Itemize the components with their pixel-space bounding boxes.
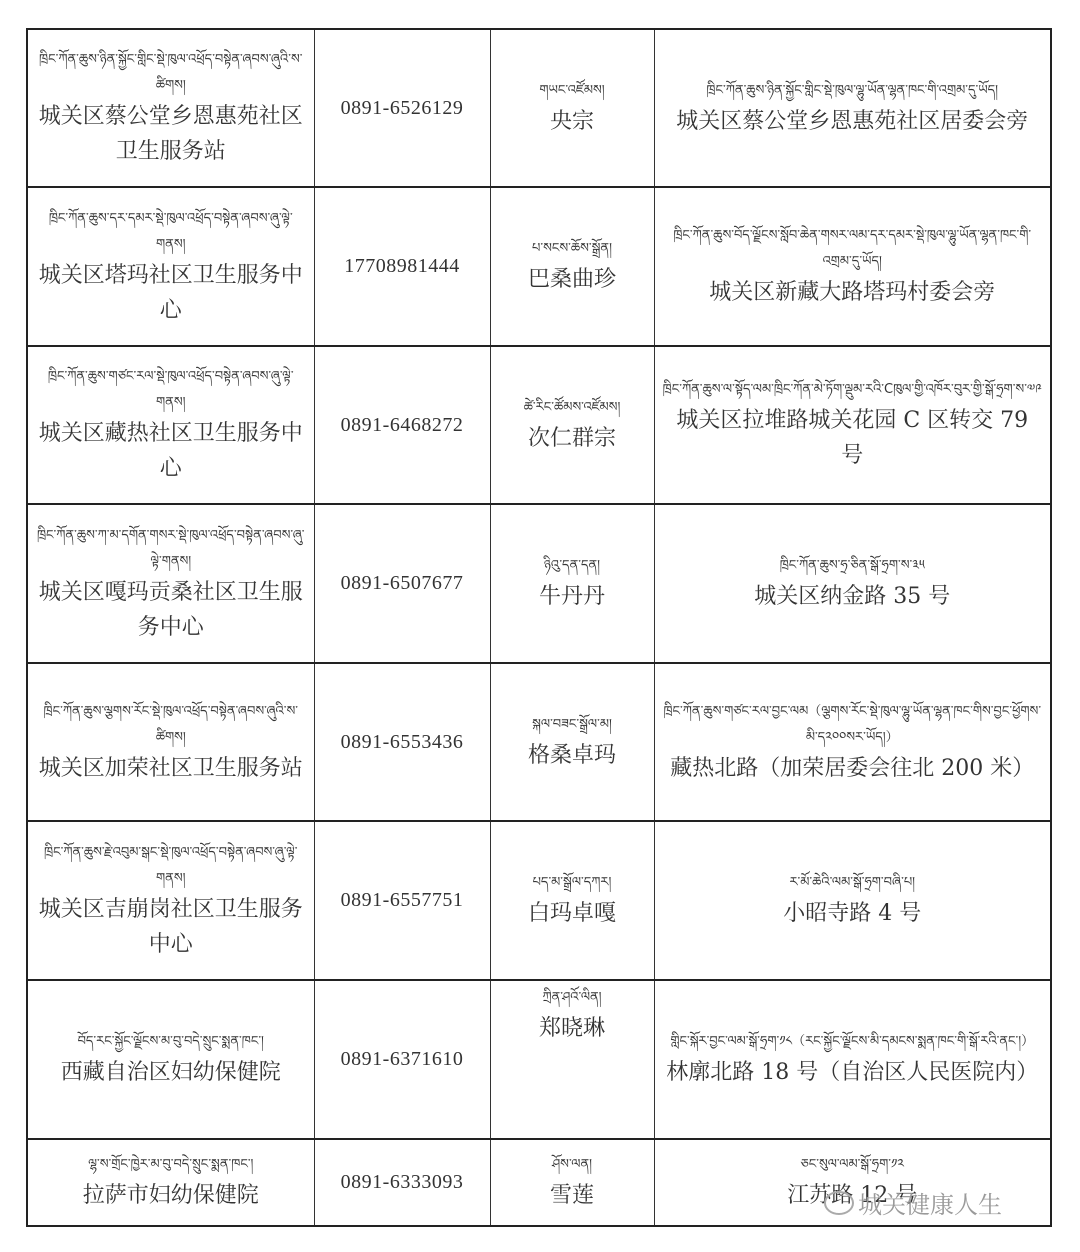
phone-cell: 0891-6526129 bbox=[314, 29, 490, 187]
address-tibetan: ར་མོ་ཆེའི་ལམ་སྒོ་ཧྲག་བཞི་པ། bbox=[663, 870, 1043, 896]
table-row: བོད་རང་སྐྱོང་ལྗོངས་མ་བུ་བདེ་སྲུང་སྨན་ཁང་… bbox=[27, 980, 1051, 1139]
unit-cell: ཁྲིང་ཀོན་ཆུས་ཀ་མ་དགོན་གསར་སྡེ་ཁུལ་འཕྲོད་… bbox=[27, 504, 314, 663]
address-cell: ཁྲིང་ཀོན་ཆུས་ཧྲ་ཅིན་སྒོ་ཧྲག་ས་༣༥ 城关区纳金路 … bbox=[654, 504, 1051, 663]
address-tibetan: ཁྲིང་ཀོན་ཆུས་ཧྲ་ཅིན་སྒོ་ཧྲག་ས་༣༥ bbox=[663, 553, 1043, 579]
contact-tibetan: སྐལ་བཟང་སྒྲོལ་མ། bbox=[499, 712, 646, 738]
address-chinese: 城关区新藏大路塔玛村委会旁 bbox=[663, 275, 1043, 310]
unit-chinese: 城关区藏热社区卫生服务中心 bbox=[36, 416, 306, 486]
unit-tibetan: ཁྲིང་ཀོན་ཆུས་དར་དམར་སྡེ་ཁུལ་འཕྲོད་བསྟེན་… bbox=[36, 206, 306, 258]
phone-number: 17708981444 bbox=[344, 255, 460, 277]
unit-tibetan: ཁྲིང་ཀོན་ཆུས་ཉིན་སྐྱོང་གླིང་སྡེ་ཁུལ་འཕྲོ… bbox=[36, 47, 306, 99]
address-chinese: 林廓北路 18 号（自治区人民医院内） bbox=[663, 1055, 1043, 1090]
contact-cell: ཉིའུ་དན་དན། 牛丹丹 bbox=[490, 504, 654, 663]
unit-chinese: 城关区吉崩岗社区卫生服务中心 bbox=[36, 892, 306, 962]
unit-tibetan: ཁྲིང་ཀོན་ཆུས་རྗེ་འབུམ་སྒང་སྡེ་ཁུལ་འཕྲོད་… bbox=[36, 840, 306, 892]
unit-cell: ལྷ་ས་གྲོང་ཁྱེར་མ་བུ་བདེ་སྲུང་སྨན་ཁང་། 拉萨… bbox=[27, 1139, 314, 1226]
unit-chinese: 西藏自治区妇幼保健院 bbox=[36, 1055, 306, 1090]
phone-cell: 0891-6371610 bbox=[314, 980, 490, 1139]
unit-chinese: 城关区嘎玛贡桑社区卫生服务中心 bbox=[36, 575, 306, 645]
unit-cell: ཁྲིང་ཀོན་ཆུས་ཉིན་སྐྱོང་གླིང་སྡེ་ཁུལ་འཕྲོ… bbox=[27, 29, 314, 187]
watermark: 城关健康人生 bbox=[824, 1185, 1002, 1220]
address-cell: ཁྲིང་ཀོན་ཆུས་བོད་ལྗོངས་སློབ་ཆེན་གསར་ལམ་ད… bbox=[654, 187, 1051, 346]
phone-cell: 0891-6333093 bbox=[314, 1139, 490, 1226]
table-row: ཁྲིང་ཀོན་ཆུས་དར་དམར་སྡེ་ཁུལ་འཕྲོད་བསྟེན་… bbox=[27, 187, 1051, 346]
table-row: ཁྲིང་ཀོན་ཆུས་རྗེ་འབུམ་སྒང་སྡེ་ཁུལ་འཕྲོད་… bbox=[27, 821, 1051, 980]
contact-tibetan: པ་སངས་ཆོས་སྒྲོན། bbox=[499, 236, 646, 262]
phone-number: 0891-6553436 bbox=[341, 731, 464, 753]
phone-number: 0891-6371610 bbox=[341, 1048, 464, 1070]
table-row: ཁྲིང་ཀོན་ཆུས་གཙང་རལ་སྡེ་ཁུལ་འཕྲོད་བསྟེན་… bbox=[27, 346, 1051, 504]
address-tibetan: ཁྲིང་ཀོན་ཆུས་ཉིན་སྐྱོང་གླིང་སྡེ་ཁུལ་ལྷུ་… bbox=[663, 78, 1043, 104]
contact-chinese: 郑晓琳 bbox=[499, 1011, 646, 1046]
address-cell: གླིང་སྐོར་བྱང་ལམ་སྒོ་ཧྲག་༡༨（རང་སྐྱོང་ལྗོ… bbox=[654, 980, 1051, 1139]
phone-number: 0891-6557751 bbox=[341, 889, 464, 911]
contact-cell: སྐལ་བཟང་སྒྲོལ་མ། 格桑卓玛 bbox=[490, 663, 654, 821]
phone-number: 0891-6333093 bbox=[341, 1171, 464, 1193]
contact-cell: པད་མ་སྒྲོལ་དཀར། 白玛卓嘎 bbox=[490, 821, 654, 980]
unit-cell: ཁྲིང་ཀོན་ཆུས་གཙང་རལ་སྡེ་ཁུལ་འཕྲོད་བསྟེན་… bbox=[27, 346, 314, 504]
wechat-icon bbox=[824, 1191, 854, 1215]
contact-chinese: 白玛卓嘎 bbox=[499, 896, 646, 931]
contact-tibetan: ཀྲིན་ཤའོ་ལིན། bbox=[499, 985, 646, 1011]
contact-cell: ཚེ་རིང་ཚོམས་འཛོམས། 次仁群宗 bbox=[490, 346, 654, 504]
phone-number: 0891-6468272 bbox=[341, 414, 464, 436]
unit-cell: ཁྲིང་ཀོན་ཆུས་དར་དམར་སྡེ་ཁུལ་འཕྲོད་བསྟེན་… bbox=[27, 187, 314, 346]
contact-tibetan: ཉིའུ་དན་དན། bbox=[499, 553, 646, 579]
address-chinese: 小昭寺路 4 号 bbox=[663, 896, 1043, 931]
phone-number: 0891-6526129 bbox=[341, 97, 464, 119]
contact-chinese: 巴桑曲珍 bbox=[499, 262, 646, 297]
phone-number: 0891-6507677 bbox=[341, 572, 464, 594]
phone-cell: 0891-6468272 bbox=[314, 346, 490, 504]
address-cell: ཁྲིང་ཀོན་ཆུས་ལ་སྟོད་ལམ་ཁྲིང་ཀོན་མེ་ཏོག་ལ… bbox=[654, 346, 1051, 504]
unit-chinese: 城关区蔡公堂乡恩惠苑社区卫生服务站 bbox=[36, 99, 306, 169]
address-chinese: 城关区拉堆路城关花园 C 区转交 79 号 bbox=[663, 403, 1043, 473]
table-row: ཁྲིང་ཀོན་ཆུས་ལྕགས་རོང་སྡེ་ཁུལ་འཕྲོད་བསྟེ… bbox=[27, 663, 1051, 821]
address-tibetan: ཁྲིང་ཀོན་ཆུས་གཙང་རལ་བྱང་ལམ（ལྕགས་རོང་སྡེ་… bbox=[663, 699, 1043, 751]
address-cell: ཁྲིང་ཀོན་ཆུས་གཙང་རལ་བྱང་ལམ（ལྕགས་རོང་སྡེ་… bbox=[654, 663, 1051, 821]
contact-tibetan: ཚེ་རིང་ཚོམས་འཛོམས། bbox=[499, 395, 646, 421]
phone-cell: 17708981444 bbox=[314, 187, 490, 346]
address-chinese: 城关区纳金路 35 号 bbox=[663, 579, 1043, 614]
unit-tibetan: ལྷ་ས་གྲོང་ཁྱེར་མ་བུ་བདེ་སྲུང་སྨན་ཁང་། bbox=[36, 1152, 306, 1178]
contact-chinese: 雪莲 bbox=[499, 1178, 646, 1213]
watermark-text: 城关健康人生 bbox=[858, 1185, 1002, 1220]
contact-chinese: 格桑卓玛 bbox=[499, 738, 646, 773]
contact-chinese: 次仁群宗 bbox=[499, 421, 646, 456]
address-chinese: 城关区蔡公堂乡恩惠苑社区居委会旁 bbox=[663, 104, 1043, 139]
contact-cell: ཀྲིན་ཤའོ་ལིན། 郑晓琳 bbox=[490, 980, 654, 1139]
phone-cell: 0891-6507677 bbox=[314, 504, 490, 663]
unit-chinese: 城关区塔玛社区卫生服务中心 bbox=[36, 258, 306, 328]
phone-cell: 0891-6557751 bbox=[314, 821, 490, 980]
unit-tibetan: ཁྲིང་ཀོན་ཆུས་ཀ་མ་དགོན་གསར་སྡེ་ཁུལ་འཕྲོད་… bbox=[36, 523, 306, 575]
address-tibetan: ཁྲིང་ཀོན་ཆུས་ལ་སྟོད་ལམ་ཁྲིང་ཀོན་མེ་ཏོག་ལ… bbox=[663, 377, 1043, 403]
contact-chinese: 央宗 bbox=[499, 104, 646, 139]
unit-tibetan: ཁྲིང་ཀོན་ཆུས་ལྕགས་རོང་སྡེ་ཁུལ་འཕྲོད་བསྟེ… bbox=[36, 699, 306, 751]
unit-cell: ཁྲིང་ཀོན་ཆུས་རྗེ་འབུམ་སྒང་སྡེ་ཁུལ་འཕྲོད་… bbox=[27, 821, 314, 980]
contact-cell: ཤོས་ལན། 雪莲 bbox=[490, 1139, 654, 1226]
contact-tibetan: ཤོས་ལན། bbox=[499, 1152, 646, 1178]
contact-cell: པ་སངས་ཆོས་སྒྲོན། 巴桑曲珍 bbox=[490, 187, 654, 346]
contacts-table: ཁྲིང་ཀོན་ཆུས་ཉིན་སྐྱོང་གླིང་སྡེ་ཁུལ་འཕྲོ… bbox=[26, 28, 1052, 1227]
unit-cell: ཁྲིང་ཀོན་ཆུས་ལྕགས་རོང་སྡེ་ཁུལ་འཕྲོད་བསྟེ… bbox=[27, 663, 314, 821]
address-cell: ར་མོ་ཆེའི་ལམ་སྒོ་ཧྲག་བཞི་པ། 小昭寺路 4 号 bbox=[654, 821, 1051, 980]
address-cell: ཁྲིང་ཀོན་ཆུས་ཉིན་སྐྱོང་གླིང་སྡེ་ཁུལ་ལྷུ་… bbox=[654, 29, 1051, 187]
contact-cell: གཡང་འཛོམས། 央宗 bbox=[490, 29, 654, 187]
unit-chinese: 城关区加荣社区卫生服务站 bbox=[36, 751, 306, 786]
contact-tibetan: གཡང་འཛོམས། bbox=[499, 78, 646, 104]
unit-chinese: 拉萨市妇幼保健院 bbox=[36, 1178, 306, 1213]
contact-tibetan: པད་མ་སྒྲོལ་དཀར། bbox=[499, 870, 646, 896]
unit-tibetan: བོད་རང་སྐྱོང་ལྗོངས་མ་བུ་བདེ་སྲུང་སྨན་ཁང་… bbox=[36, 1029, 306, 1055]
unit-cell: བོད་རང་སྐྱོང་ལྗོངས་མ་བུ་བདེ་སྲུང་སྨན་ཁང་… bbox=[27, 980, 314, 1139]
address-chinese: 藏热北路（加荣居委会往北 200 米） bbox=[663, 751, 1043, 786]
unit-tibetan: ཁྲིང་ཀོན་ཆུས་གཙང་རལ་སྡེ་ཁུལ་འཕྲོད་བསྟེན་… bbox=[36, 364, 306, 416]
address-tibetan: གླིང་སྐོར་བྱང་ལམ་སྒོ་ཧྲག་༡༨（རང་སྐྱོང་ལྗོ… bbox=[663, 1029, 1043, 1055]
address-tibetan: ཅང་སུལ་ལམ་སྒོ་ཧྲག་༡༢ bbox=[663, 1152, 1043, 1178]
address-tibetan: ཁྲིང་ཀོན་ཆུས་བོད་ལྗོངས་སློབ་ཆེན་གསར་ལམ་ད… bbox=[663, 223, 1043, 275]
table-row: ཁྲིང་ཀོན་ཆུས་ཀ་མ་དགོན་གསར་སྡེ་ཁུལ་འཕྲོད་… bbox=[27, 504, 1051, 663]
contact-chinese: 牛丹丹 bbox=[499, 579, 646, 614]
table-row: ཁྲིང་ཀོན་ཆུས་ཉིན་སྐྱོང་གླིང་སྡེ་ཁུལ་འཕྲོ… bbox=[27, 29, 1051, 187]
phone-cell: 0891-6553436 bbox=[314, 663, 490, 821]
